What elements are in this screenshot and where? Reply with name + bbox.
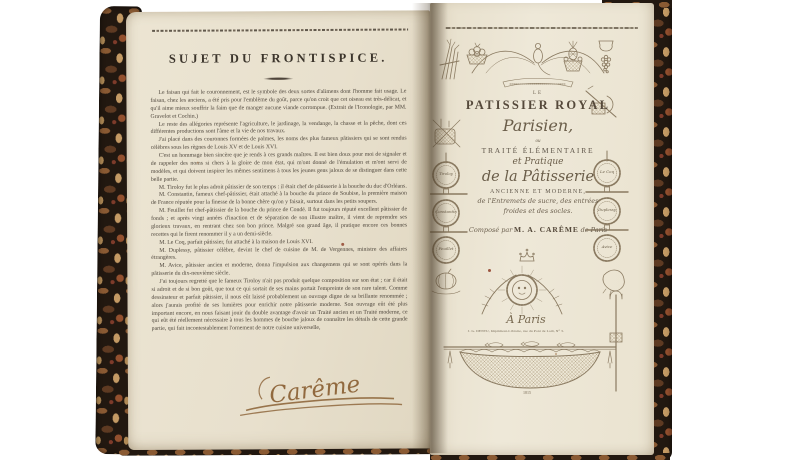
right-page-frontispiece: LE PATISSIER ROYAL Parisien, ou TRAITÉ É… (430, 3, 654, 455)
foxing-speck (197, 162, 199, 164)
open-book-photo: SUJET DU FRONTISPICE. Le faisan qui fait… (0, 0, 800, 460)
boar-trident-trophy-engraving (603, 270, 624, 391)
medallion-name: Feuillet (424, 246, 468, 251)
author-signature: Carême (236, 369, 412, 428)
body-paragraph: M. Constantin, fameux chef-pâtissier, ét… (151, 191, 407, 208)
body-paragraph: Le faisan qui fait le couronnement, est … (150, 89, 406, 122)
body-paragraph: C'est un hommage bien sincère que je ren… (151, 152, 407, 185)
foxing-speck (341, 243, 344, 246)
signature-flourish: Carême (236, 369, 412, 428)
show-through-rule (446, 27, 638, 29)
heading-divider-rule (263, 77, 293, 80)
medallion-name: Le Coq (585, 169, 629, 174)
body-paragraph: M. Feuillet fut chef-pâtissier de la bou… (151, 207, 407, 240)
title-le: LE (458, 91, 618, 96)
sun-face-medallion (482, 266, 562, 314)
foxing-speck (488, 269, 491, 272)
body-text: Le faisan qui fait le couronnement, est … (150, 89, 408, 386)
body-paragraph: M. Duplessy, pâtissier célèbre, devint l… (151, 246, 407, 263)
title-ou: ou (458, 139, 618, 144)
title-main: PATISSIER ROYAL (458, 98, 618, 113)
signature-text: Carême (268, 371, 362, 408)
publisher-imprint: J. G. DENTU, Imprimeur-Libraire, rue du … (444, 329, 588, 333)
page-title: SUJET DU FRONTISPICE. (126, 50, 430, 67)
creel-trophy-engraving (433, 119, 460, 147)
pineapple-basket-engraving (564, 41, 582, 71)
show-through-rule (152, 29, 408, 32)
medallion-name: Tiroloy (424, 171, 468, 176)
fruit-basket-engraving (467, 43, 487, 64)
body-paragraph: J'ai toujours regretté que le fameux Tir… (151, 278, 407, 334)
compose-post: de Paris (581, 226, 608, 234)
body-paragraph: Le reste des allégories représente l'agr… (151, 120, 407, 137)
title-traite: TRAITÉ ÉLÉMENTAIRE (458, 146, 618, 155)
melon-engraving (432, 269, 460, 294)
fish-basket-engraving (444, 342, 616, 388)
frontispiece-title-block: LE PATISSIER ROYAL Parisien, ou TRAITÉ É… (458, 91, 618, 234)
imprint-city: À Paris (470, 313, 582, 326)
publication-year: 1815 (512, 390, 542, 395)
title-entremets-1: de l'Entremets de sucre, des entrées (458, 197, 618, 205)
left-page: SUJET DU FRONTISPICE. Le faisan qui fait… (126, 10, 432, 450)
title-pratique: et Pratique (458, 157, 618, 167)
medallion-name: Constantin (424, 209, 468, 214)
wheat-sheaf-engraving (440, 39, 459, 79)
title-compose-line: Composé par M. A. CARÊME de Paris (458, 225, 618, 234)
body-paragraph: M. Avice, pâtissier ancien et moderne, d… (151, 262, 407, 279)
pheasant-palms-engraving (472, 43, 604, 87)
title-parisien: Parisien, (458, 116, 618, 135)
compose-pre: Composé par (469, 226, 513, 234)
title-ancienne: ANCIENNE ET MODERNE, (458, 189, 618, 195)
crown-icon (520, 249, 535, 261)
medallion-name: Duplessy (585, 207, 629, 212)
body-paragraph: J'ai placé dans des couronnes formées de… (151, 136, 407, 153)
medallion-name: Avice (585, 244, 629, 249)
foxing-speck (555, 353, 557, 355)
author-name: M. A. CARÊME (514, 225, 579, 234)
